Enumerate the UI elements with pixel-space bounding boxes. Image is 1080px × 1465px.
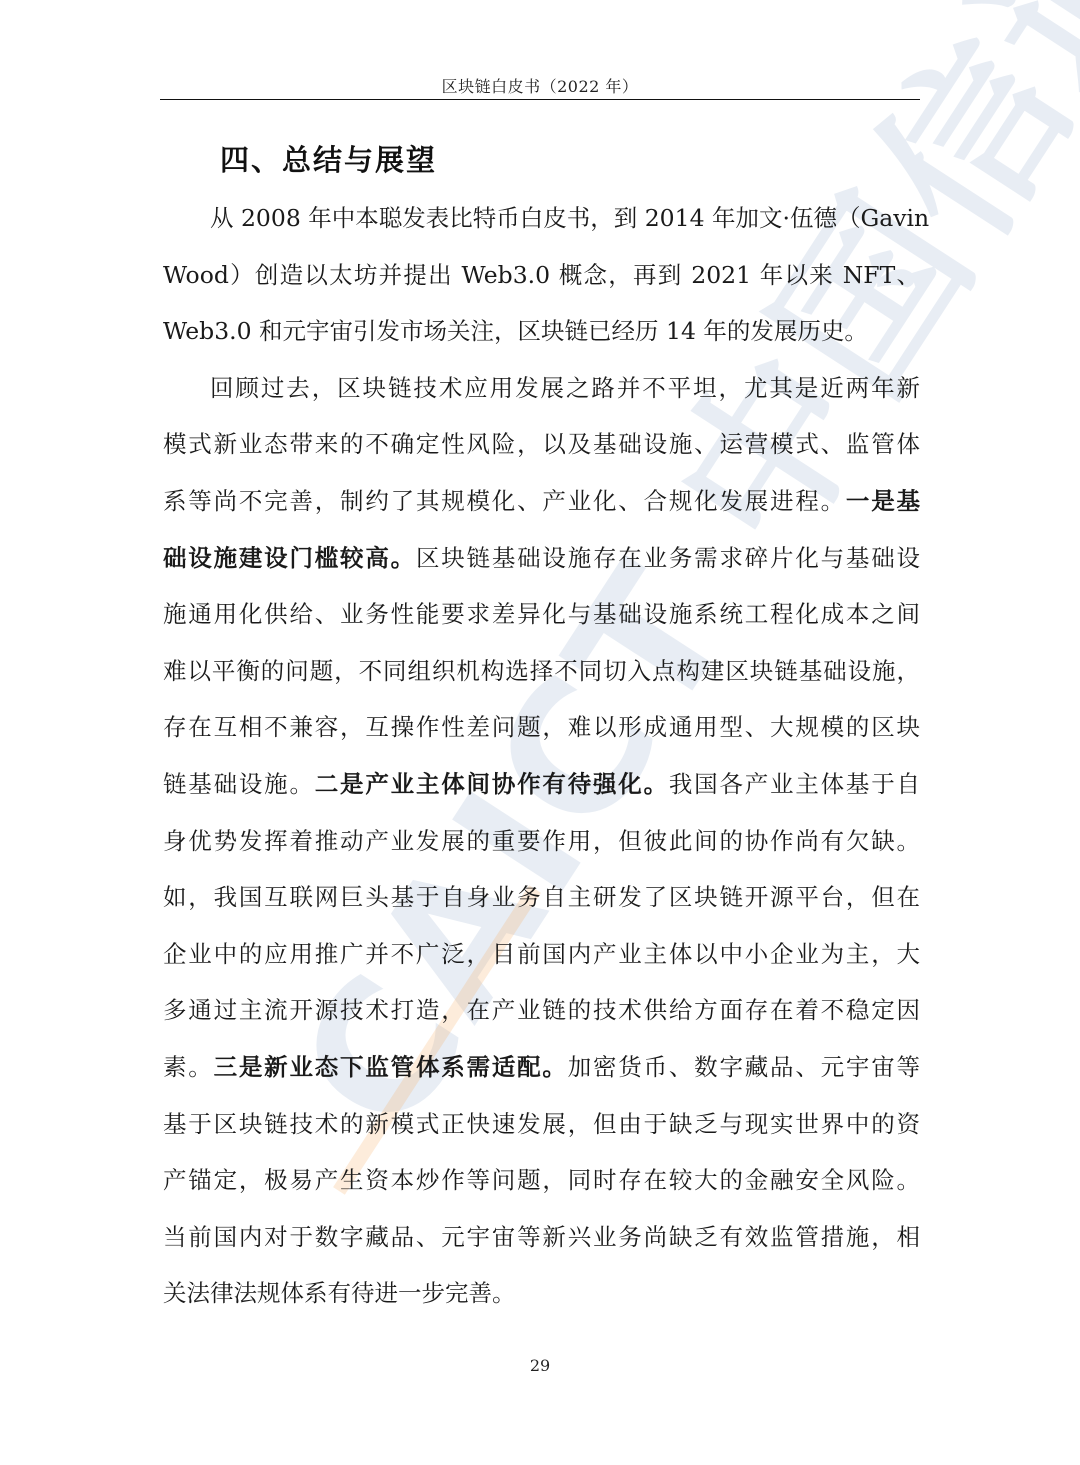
text-line: 系等尚不完善，制约了其规模化、产业化、合规化发展进程。一是基 [163,473,920,530]
text-run: 模式新业态带来的不确定性风险，以及基础设施、运营模式、监管体 [163,430,920,458]
bold-key-point: 一是基 [846,487,920,515]
text-run: 关法律法规体系有待进一步完善。 [163,1279,516,1307]
text-run: 身优势发挥着推动产业发展的重要作用，但彼此间的协作尚有欠缺。 [163,827,920,855]
text-line: 回顾过去，区块链技术应用发展之路并不平坦，尤其是近两年新 [163,360,920,417]
bold-key-point: 二是产业主体间协作有待强化。 [315,770,669,798]
text-line: 当前国内对于数字藏品、元宇宙等新兴业务尚缺乏有效监管措施，相 [163,1209,920,1266]
text-run: 系等尚不完善，制约了其规模化、产业化、合规化发展进程。 [163,487,846,515]
paragraph-1: 从 2008 年中本聪发表比特币白皮书，到 2014 年加文·伍德（Gavin … [163,190,920,360]
text-line: Wood）创造以太坊并提出 Web3.0 概念，再到 2021 年以来 NFT、 [163,247,920,304]
text-line: 素。三是新业态下监管体系需适配。加密货币、数字藏品、元宇宙等 [163,1039,920,1096]
section-heading: 四、总结与展望 [220,138,437,179]
text-line: 多通过主流开源技术打造，在产业链的技术供给方面存在着不稳定因 [163,982,920,1039]
bold-key-point: 础设施建设门槛较高。 [163,544,416,572]
text-run: 多通过主流开源技术打造，在产业链的技术供给方面存在着不稳定因 [163,996,920,1024]
text-run: 当前国内对于数字藏品、元宇宙等新兴业务尚缺乏有效监管措施，相 [163,1223,920,1251]
text-run: 素。 [163,1053,214,1081]
text-line: 施通用化供给、业务性能要求差异化与基础设施系统工程化成本之间 [163,586,920,643]
text-line: 基于区块链技术的新模式正快速发展，但由于缺乏与现实世界中的资 [163,1096,920,1153]
text-run: 回顾过去，区块链技术应用发展之路并不平坦，尤其是近两年新 [210,374,920,402]
text-run: 施通用化供给、业务性能要求差异化与基础设施系统工程化成本之间 [163,600,920,628]
header-divider [160,99,920,100]
text-line: 产锚定，极易产生资本炒作等问题，同时存在较大的金融安全风险。 [163,1152,920,1209]
text-line: 链基础设施。二是产业主体间协作有待强化。我国各产业主体基于自 [163,756,920,813]
text-run: 难以平衡的问题，不同组织机构选择不同切入点构建区块链基础设施， [163,657,920,685]
text-line: 础设施建设门槛较高。区块链基础设施存在业务需求碎片化与基础设 [163,530,920,587]
text-line: 关法律法规体系有待进一步完善。 [163,1265,920,1322]
page-number: 29 [0,1356,1080,1375]
bold-key-point: 三是新业态下监管体系需适配。 [214,1053,568,1081]
text-run: 区块链基础设施存在业务需求碎片化与基础设 [416,544,920,572]
text-run: 基于区块链技术的新模式正快速发展，但由于缺乏与现实世界中的资 [163,1110,920,1138]
text-line: 身优势发挥着推动产业发展的重要作用，但彼此间的协作尚有欠缺。 [163,813,920,870]
text-run: 我国各产业主体基于自 [669,770,920,798]
paragraph-2: 回顾过去，区块链技术应用发展之路并不平坦，尤其是近两年新 模式新业态带来的不确定… [163,360,920,1322]
document-page: CAICT 中国信通院 区块链白皮书（2022 年） 四、总结与展望 从 200… [0,0,1080,1465]
text-run: 企业中的应用推广并不广泛，目前国内产业主体以中小企业为主，大 [163,940,920,968]
text-line: 如，我国互联网巨头基于自身业务自主研发了区块链开源平台，但在 [163,869,920,926]
text-line: Web3.0 和元宇宙引发市场关注，区块链已经历 14 年的发展历史。 [163,303,920,360]
text-line: 模式新业态带来的不确定性风险，以及基础设施、运营模式、监管体 [163,416,920,473]
text-line: 从 2008 年中本聪发表比特币白皮书，到 2014 年加文·伍德（Gavin [163,190,920,247]
text-line: 存在互相不兼容，互操作性差问题，难以形成通用型、大规模的区块 [163,699,920,756]
text-run: 链基础设施。 [163,770,315,798]
running-header: 区块链白皮书（2022 年） [0,74,1080,97]
text-line: 难以平衡的问题，不同组织机构选择不同切入点构建区块链基础设施， [163,643,920,700]
text-run: 如，我国互联网巨头基于自身业务自主研发了区块链开源平台，但在 [163,883,920,911]
text-line: 企业中的应用推广并不广泛，目前国内产业主体以中小企业为主，大 [163,926,920,983]
body-text: 从 2008 年中本聪发表比特币白皮书，到 2014 年加文·伍德（Gavin … [163,190,920,1322]
text-run: 加密货币、数字藏品、元宇宙等 [568,1053,920,1081]
text-run: 产锚定，极易产生资本炒作等问题，同时存在较大的金融安全风险。 [163,1166,920,1194]
text-run: 存在互相不兼容，互操作性差问题，难以形成通用型、大规模的区块 [163,713,920,741]
